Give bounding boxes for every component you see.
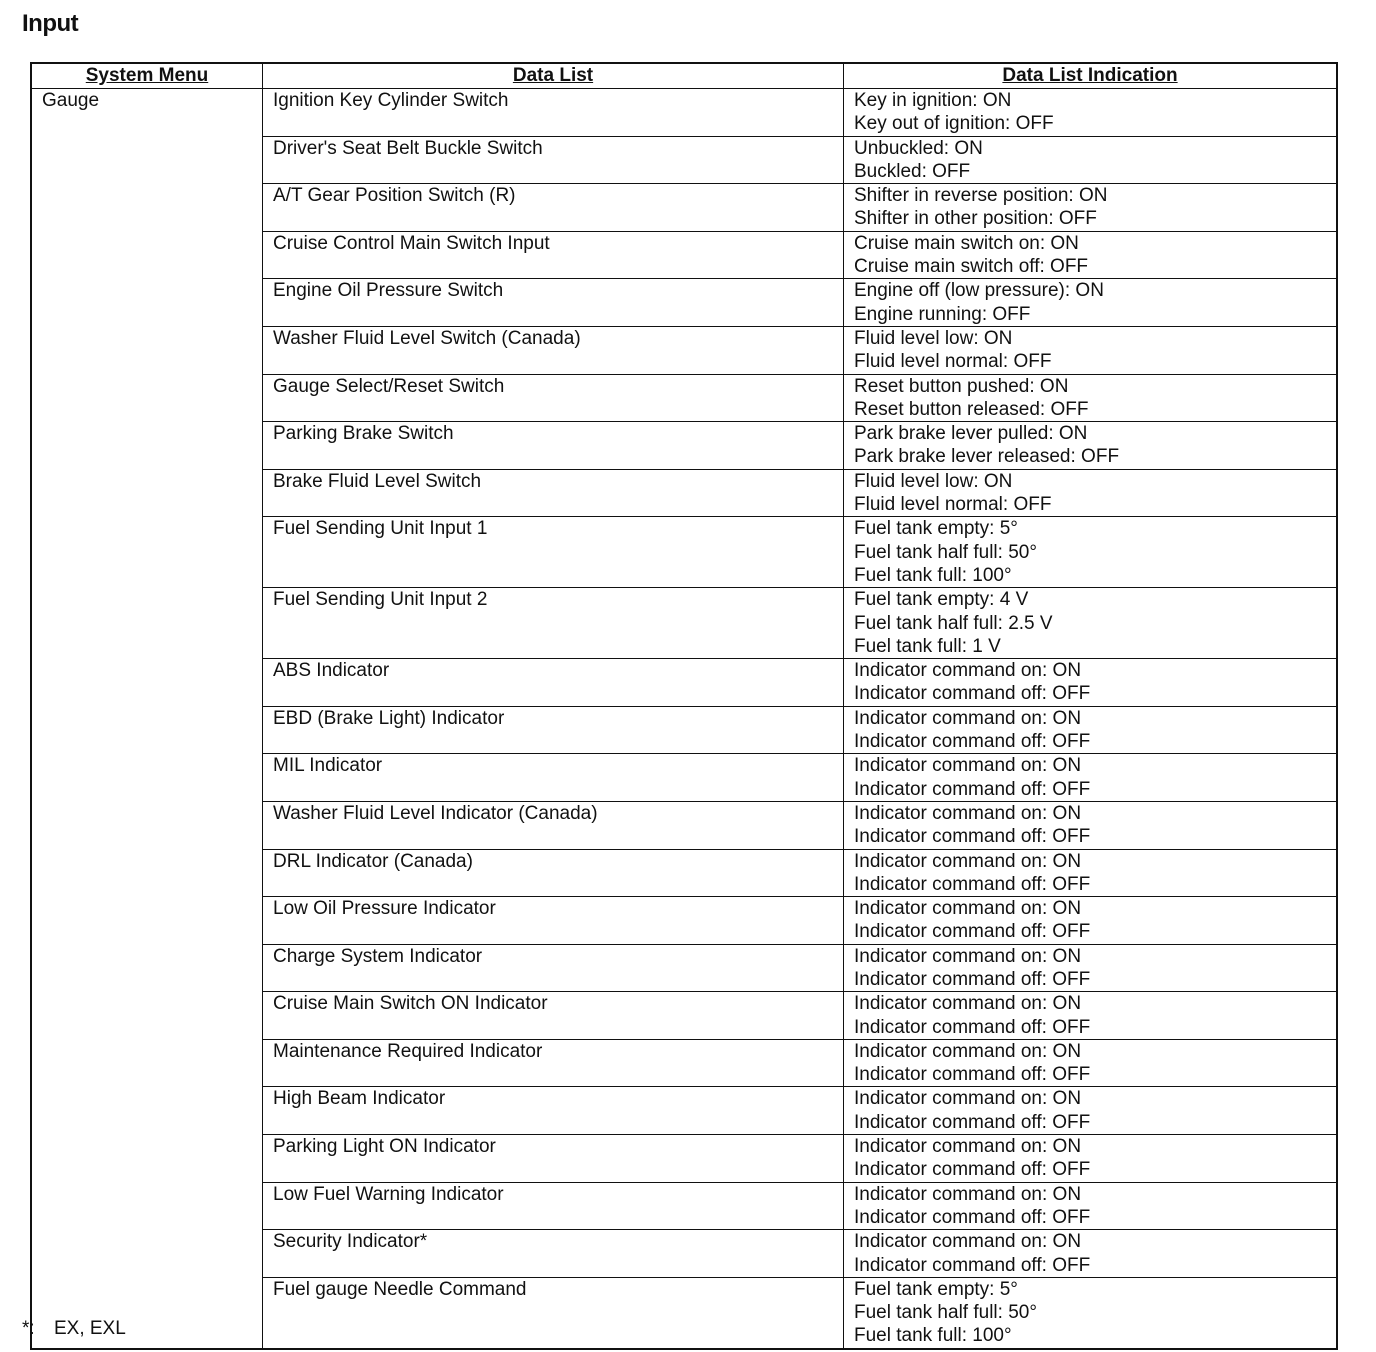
indication-line: Fluid level low: ON <box>854 470 1326 493</box>
indication-line: Fuel tank empty: 5° <box>854 1278 1326 1301</box>
data-list-indication: Cruise main switch on: ONCruise main swi… <box>844 231 1338 279</box>
indication-line: Indicator command on: ON <box>854 707 1326 730</box>
data-list-item: High Beam Indicator <box>263 1087 844 1135</box>
data-list-item: Cruise Control Main Switch Input <box>263 231 844 279</box>
indication-line: Reset button released: OFF <box>854 398 1326 421</box>
data-list-indication: Indicator command on: ONIndicator comman… <box>844 706 1338 754</box>
indication-line: Indicator command off: OFF <box>854 682 1326 705</box>
data-list-item: Parking Light ON Indicator <box>263 1135 844 1183</box>
indication-line: Indicator command off: OFF <box>854 1158 1326 1181</box>
indication-line: Indicator command off: OFF <box>854 1016 1326 1039</box>
data-list-indication: Fluid level low: ONFluid level normal: O… <box>844 326 1338 374</box>
indication-line: Park brake lever pulled: ON <box>854 422 1326 445</box>
indication-line: Indicator command off: OFF <box>854 1111 1326 1134</box>
indication-line: Indicator command on: ON <box>854 945 1326 968</box>
indication-line: Indicator command off: OFF <box>854 778 1326 801</box>
table-body: GaugeIgnition Key Cylinder SwitchKey in … <box>31 89 1337 1349</box>
indication-line: Indicator command on: ON <box>854 1135 1326 1158</box>
data-list-item: MIL Indicator <box>263 754 844 802</box>
footnote: *: EX, EXL <box>22 1318 126 1340</box>
indication-line: Unbuckled: ON <box>854 137 1326 160</box>
data-list-indication: Indicator command on: ONIndicator comman… <box>844 1135 1338 1183</box>
data-list-item: Brake Fluid Level Switch <box>263 469 844 517</box>
data-list-indication: Shifter in reverse position: ONShifter i… <box>844 184 1338 232</box>
indication-line: Indicator command on: ON <box>854 802 1326 825</box>
indication-line: Reset button pushed: ON <box>854 375 1326 398</box>
indication-line: Indicator command on: ON <box>854 1040 1326 1063</box>
data-list-item: A/T Gear Position Switch (R) <box>263 184 844 232</box>
indication-line: Key in ignition: ON <box>854 89 1326 112</box>
indication-line: Indicator command off: OFF <box>854 825 1326 848</box>
data-list-indication: Indicator command on: ONIndicator comman… <box>844 897 1338 945</box>
header-data-list-indication: Data List Indication <box>844 63 1338 89</box>
indication-line: Cruise main switch on: ON <box>854 232 1326 255</box>
indication-line: Fuel tank full: 100° <box>854 564 1326 587</box>
indication-line: Shifter in other position: OFF <box>854 207 1326 230</box>
indication-line: Shifter in reverse position: ON <box>854 184 1326 207</box>
indication-line: Indicator command off: OFF <box>854 730 1326 753</box>
data-list-item: EBD (Brake Light) Indicator <box>263 706 844 754</box>
data-list-indication: Engine off (low pressure): ONEngine runn… <box>844 279 1338 327</box>
indication-line: Indicator command on: ON <box>854 1087 1326 1110</box>
indication-line: Indicator command on: ON <box>854 992 1326 1015</box>
data-list-indication: Indicator command on: ONIndicator comman… <box>844 1182 1338 1230</box>
data-list-indication: Fuel tank empty: 5°Fuel tank half full: … <box>844 1277 1338 1348</box>
indication-line: Fuel tank empty: 4 V <box>854 588 1326 611</box>
data-list-item: Fuel gauge Needle Command <box>263 1277 844 1348</box>
data-list-indication: Reset button pushed: ONReset button rele… <box>844 374 1338 422</box>
input-data-table: System Menu Data List Data List Indicati… <box>30 62 1338 1350</box>
indication-line: Cruise main switch off: OFF <box>854 255 1326 278</box>
data-list-indication: Indicator command on: ONIndicator comman… <box>844 754 1338 802</box>
indication-line: Indicator command off: OFF <box>854 920 1326 943</box>
indication-line: Key out of ignition: OFF <box>854 112 1326 135</box>
data-list-indication: Indicator command on: ONIndicator comman… <box>844 659 1338 707</box>
data-list-item: Fuel Sending Unit Input 1 <box>263 517 844 588</box>
data-list-indication: Unbuckled: ONBuckled: OFF <box>844 136 1338 184</box>
indication-line: Fuel tank empty: 5° <box>854 517 1326 540</box>
page-title: Input <box>22 10 78 38</box>
indication-line: Indicator command off: OFF <box>854 1206 1326 1229</box>
data-list-item: Maintenance Required Indicator <box>263 1039 844 1087</box>
data-list-indication: Fuel tank empty: 4 VFuel tank half full:… <box>844 588 1338 659</box>
footnote-mark: *: <box>22 1318 35 1339</box>
data-list-indication: Indicator command on: ONIndicator comman… <box>844 801 1338 849</box>
indication-line: Indicator command on: ON <box>854 1230 1326 1253</box>
data-list-item: ABS Indicator <box>263 659 844 707</box>
data-list-indication: Indicator command on: ONIndicator comman… <box>844 1230 1338 1278</box>
indication-line: Fuel tank half full: 2.5 V <box>854 612 1326 635</box>
indication-line: Fluid level normal: OFF <box>854 350 1326 373</box>
indication-line: Fuel tank full: 1 V <box>854 635 1326 658</box>
data-list-item: Parking Brake Switch <box>263 422 844 470</box>
indication-line: Indicator command off: OFF <box>854 968 1326 991</box>
header-system-menu: System Menu <box>31 63 263 89</box>
data-list-indication: Indicator command on: ONIndicator comman… <box>844 849 1338 897</box>
indication-line: Park brake lever released: OFF <box>854 445 1326 468</box>
table-row: GaugeIgnition Key Cylinder SwitchKey in … <box>31 89 1337 137</box>
indication-line: Engine off (low pressure): ON <box>854 279 1326 302</box>
indication-line: Indicator command off: OFF <box>854 873 1326 896</box>
indication-line: Fluid level low: ON <box>854 327 1326 350</box>
data-list-indication: Indicator command on: ONIndicator comman… <box>844 992 1338 1040</box>
system-menu-cell: Gauge <box>31 89 263 1349</box>
footnote-text: EX, EXL <box>54 1318 126 1339</box>
indication-line: Buckled: OFF <box>854 160 1326 183</box>
data-list-indication: Indicator command on: ONIndicator comman… <box>844 944 1338 992</box>
indication-line: Indicator command on: ON <box>854 897 1326 920</box>
indication-line: Indicator command on: ON <box>854 754 1326 777</box>
data-list-item: Ignition Key Cylinder Switch <box>263 89 844 137</box>
data-list-item: Gauge Select/Reset Switch <box>263 374 844 422</box>
data-list-indication: Fuel tank empty: 5°Fuel tank half full: … <box>844 517 1338 588</box>
data-list-item: Low Fuel Warning Indicator <box>263 1182 844 1230</box>
data-list-item: Driver's Seat Belt Buckle Switch <box>263 136 844 184</box>
indication-line: Indicator command off: OFF <box>854 1254 1326 1277</box>
indication-line: Indicator command on: ON <box>854 850 1326 873</box>
data-list-item: Engine Oil Pressure Switch <box>263 279 844 327</box>
indication-line: Fuel tank half full: 50° <box>854 541 1326 564</box>
indication-line: Fluid level normal: OFF <box>854 493 1326 516</box>
indication-line: Engine running: OFF <box>854 303 1326 326</box>
indication-line: Indicator command on: ON <box>854 1183 1326 1206</box>
data-list-indication: Fluid level low: ONFluid level normal: O… <box>844 469 1338 517</box>
indication-line: Fuel tank half full: 50° <box>854 1301 1326 1324</box>
data-list-item: Washer Fluid Level Switch (Canada) <box>263 326 844 374</box>
header-data-list: Data List <box>263 63 844 89</box>
data-list-item: Low Oil Pressure Indicator <box>263 897 844 945</box>
data-list-item: Cruise Main Switch ON Indicator <box>263 992 844 1040</box>
data-list-indication: Indicator command on: ONIndicator comman… <box>844 1087 1338 1135</box>
data-list-indication: Indicator command on: ONIndicator comman… <box>844 1039 1338 1087</box>
indication-line: Indicator command off: OFF <box>854 1063 1326 1086</box>
data-list-item: Fuel Sending Unit Input 2 <box>263 588 844 659</box>
data-list-item: Security Indicator* <box>263 1230 844 1278</box>
indication-line: Indicator command on: ON <box>854 659 1326 682</box>
indication-line: Fuel tank full: 100° <box>854 1324 1326 1347</box>
data-list-item: Washer Fluid Level Indicator (Canada) <box>263 801 844 849</box>
table-header-row: System Menu Data List Data List Indicati… <box>31 63 1337 89</box>
data-list-item: Charge System Indicator <box>263 944 844 992</box>
data-list-indication: Park brake lever pulled: ONPark brake le… <box>844 422 1338 470</box>
data-list-item: DRL Indicator (Canada) <box>263 849 844 897</box>
data-list-indication: Key in ignition: ONKey out of ignition: … <box>844 89 1338 137</box>
